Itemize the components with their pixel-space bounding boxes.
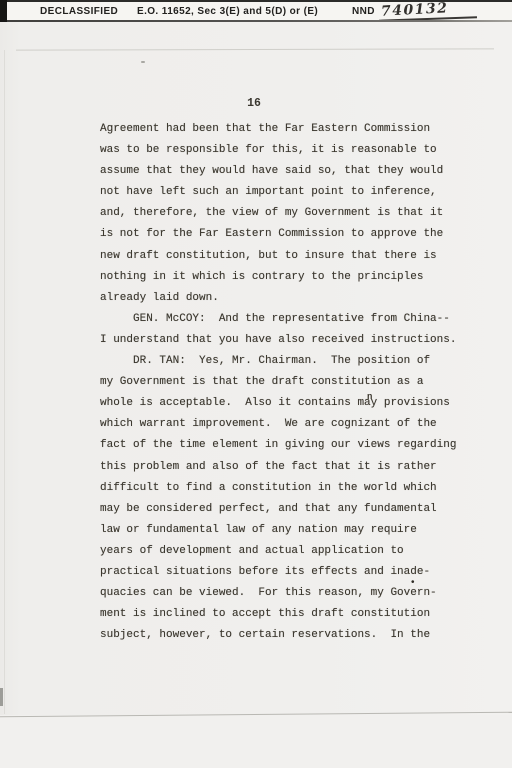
typed-line: fact of the time element in giving our v… (100, 435, 470, 456)
typed-text-block: Agreement had been that the Far Eastern … (100, 119, 470, 646)
typed-line: may be considered perfect, and that any … (100, 499, 470, 520)
typed-line: law or fundamental law of any nation may… (100, 520, 470, 541)
typed-line: I understand that you have also received… (100, 330, 470, 351)
typed-line: Agreement had been that the Far Eastern … (100, 119, 470, 140)
scanned-document-background: DECLASSIFIED E.O. 11652, Sec 3(E) and 5(… (0, 0, 512, 768)
typed-line: years of development and actual applicat… (100, 541, 470, 562)
typed-line: difficult to find a constitution in the … (100, 478, 470, 499)
declassified-label: DECLASSIFIED (40, 6, 118, 17)
typed-line: GEN. McCOY: And the representative from … (100, 309, 470, 330)
typed-line: and, therefore, the view of my Governmen… (100, 203, 470, 224)
page-number: 16 (200, 97, 308, 110)
typed-line: is not for the Far Eastern Commission to… (100, 224, 470, 245)
stray-ink-dot: • (411, 577, 415, 588)
typed-line: not have left such an important point to… (100, 182, 470, 203)
typed-line: ment is inclined to accept this draft co… (100, 604, 470, 625)
typed-line: DR. TAN: Yes, Mr. Chairman. The position… (100, 351, 470, 372)
typed-line: already laid down. (100, 288, 470, 309)
declassification-stamp-strip: DECLASSIFIED E.O. 11652, Sec 3(E) and 5(… (0, 0, 512, 22)
scan-edge-smudge (0, 688, 3, 706)
typed-line: which warrant improvement. We are cogniz… (100, 414, 470, 435)
typed-line: assume that they would have said so, tha… (100, 161, 470, 182)
paper-left-edge (4, 50, 5, 714)
paper-top-edge (16, 48, 494, 50)
typed-line: my Government is that the draft constitu… (100, 372, 470, 393)
scan-corner-mark (0, 0, 7, 22)
typed-line: this problem and also of the fact that i… (100, 457, 470, 478)
scan-margin-below-page (0, 715, 512, 768)
typed-line: new draft constitution, but to insure th… (100, 246, 470, 267)
typed-correction-inserted-letter: n (367, 392, 372, 402)
typed-line: nothing in it which is contrary to the p… (100, 267, 470, 288)
typed-line: was to be responsible for this, it is re… (100, 140, 470, 161)
typed-line: subject, however, to certain reservation… (100, 625, 470, 646)
executive-order-reference: E.O. 11652, Sec 3(E) and 5(D) or (E) (137, 6, 318, 17)
nnd-label: NND (352, 6, 375, 17)
typed-line: whole is acceptable. Also it contains ma… (100, 393, 470, 414)
scan-speck (141, 61, 145, 63)
